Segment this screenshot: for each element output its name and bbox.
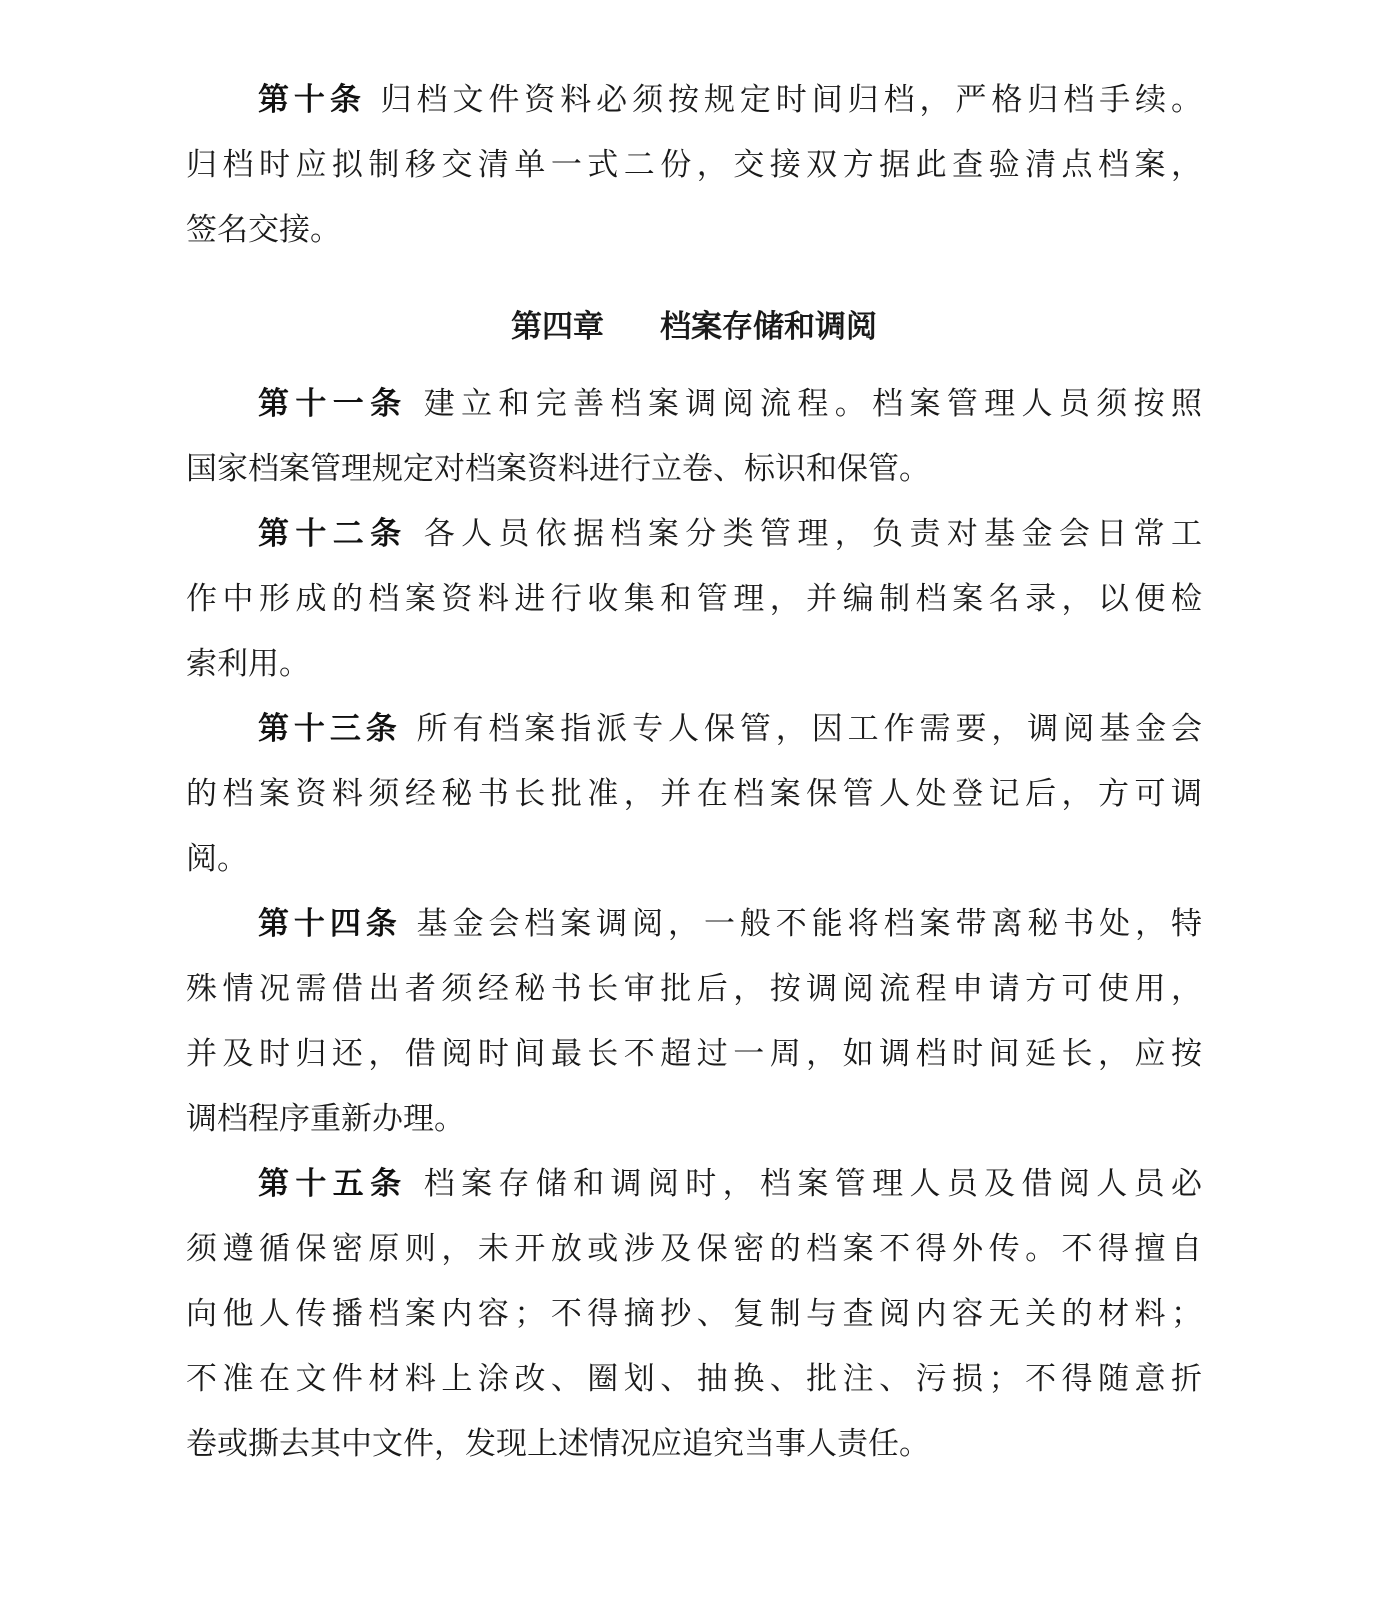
article-line: 卷或撕去其中文件，发现上述情况应追究当事人责任。	[186, 1412, 1202, 1477]
article-number: 第十四条	[258, 906, 402, 942]
article-12: 第十二条 各人员依据档案分类管理，负责对基金会日常工 作中形成的档案资料进行收集…	[186, 502, 1202, 697]
article-line: 的档案资料须经秘书长批准，并在档案保管人处登记后，方可调	[186, 762, 1202, 827]
article-line: 国家档案管理规定对档案资料进行立卷、标识和保管。	[186, 437, 1202, 502]
article-line: 向他人传播档案内容；不得摘抄、复制与查阅内容无关的材料；	[186, 1282, 1202, 1347]
article-line: 第十四条 基金会档案调阅，一般不能将档案带离秘书处，特	[186, 892, 1202, 957]
article-text: 基金会档案调阅，一般不能将档案带离秘书处，特	[417, 906, 1203, 942]
article-10: 第十条 归档文件资料必须按规定时间归档，严格归档手续。 归档时应拟制移交清单一式…	[186, 68, 1202, 263]
article-line: 索利用。	[186, 632, 1202, 697]
article-15: 第十五条 档案存储和调阅时，档案管理人员及借阅人员必 须遵循保密原则，未开放或涉…	[186, 1152, 1202, 1477]
article-line: 作中形成的档案资料进行收集和管理，并编制档案名录，以便检	[186, 567, 1202, 632]
article-line: 签名交接。	[186, 198, 1202, 263]
chapter-title: 档案存储和调阅	[660, 309, 877, 345]
article-line: 调档程序重新办理。	[186, 1087, 1202, 1152]
article-13: 第十三条 所有档案指派专人保管，因工作需要，调阅基金会 的档案资料须经秘书长批准…	[186, 697, 1202, 892]
article-number: 第十五条	[258, 1166, 407, 1202]
article-number: 第十三条	[258, 711, 402, 747]
article-text: 所有档案指派专人保管，因工作需要，调阅基金会	[417, 711, 1203, 747]
article-number: 第十条	[258, 82, 366, 118]
article-line: 不准在文件材料上涂改、圈划、抽换、批注、污损；不得随意折	[186, 1347, 1202, 1412]
article-line: 第十条 归档文件资料必须按规定时间归档，严格归档手续。	[186, 68, 1202, 133]
article-line: 殊情况需借出者须经秘书长审批后，按调阅流程申请方可使用，	[186, 957, 1202, 1022]
article-text: 各人员依据档案分类管理，负责对基金会日常工	[424, 516, 1202, 552]
article-11: 第十一条 建立和完善档案调阅流程。档案管理人员须按照 国家档案管理规定对档案资料…	[186, 372, 1202, 502]
article-text: 建立和完善档案调阅流程。档案管理人员须按照	[424, 386, 1202, 422]
chapter-heading: 第四章档案存储和调阅	[186, 295, 1202, 360]
document-page: 第十条 归档文件资料必须按规定时间归档，严格归档手续。 归档时应拟制移交清单一式…	[186, 68, 1202, 1477]
article-line: 第十五条 档案存储和调阅时，档案管理人员及借阅人员必	[186, 1152, 1202, 1217]
article-text: 归档文件资料必须按规定时间归档，严格归档手续。	[381, 82, 1202, 118]
article-line: 归档时应拟制移交清单一式二份，交接双方据此查验清点档案，	[186, 133, 1202, 198]
article-line: 阅。	[186, 827, 1202, 892]
article-number: 第十一条	[258, 386, 407, 422]
article-line: 并及时归还，借阅时间最长不超过一周，如调档时间延长，应按	[186, 1022, 1202, 1087]
article-14: 第十四条 基金会档案调阅，一般不能将档案带离秘书处，特 殊情况需借出者须经秘书长…	[186, 892, 1202, 1152]
chapter-number: 第四章	[511, 309, 604, 345]
article-line: 第十一条 建立和完善档案调阅流程。档案管理人员须按照	[186, 372, 1202, 437]
article-line: 须遵循保密原则，未开放或涉及保密的档案不得外传。不得擅自	[186, 1217, 1202, 1282]
article-line: 第十二条 各人员依据档案分类管理，负责对基金会日常工	[186, 502, 1202, 567]
article-line: 第十三条 所有档案指派专人保管，因工作需要，调阅基金会	[186, 697, 1202, 762]
article-text: 档案存储和调阅时，档案管理人员及借阅人员必	[424, 1166, 1202, 1202]
article-number: 第十二条	[258, 516, 407, 552]
